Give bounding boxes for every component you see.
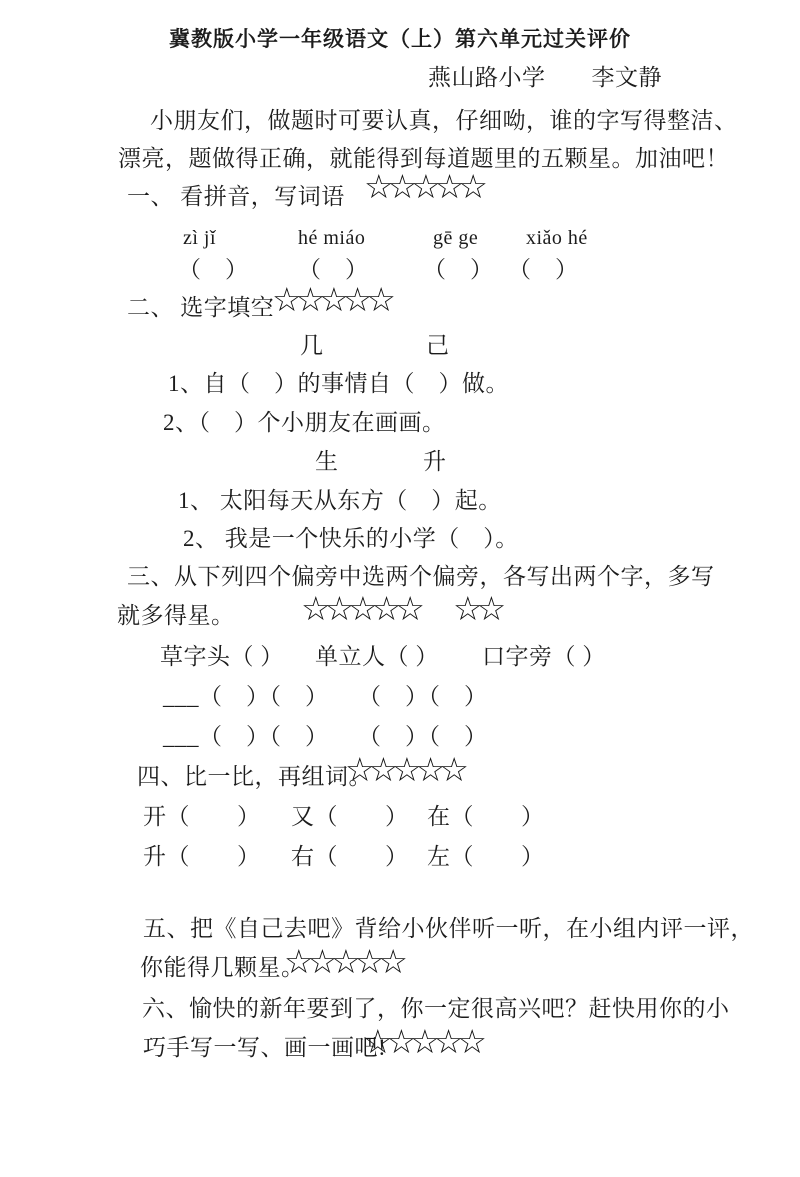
pinyin-word-3: gē ge bbox=[433, 223, 478, 253]
answer-blank-1: （ ） bbox=[178, 255, 249, 285]
pinyin-word-4: xiǎo hé bbox=[526, 223, 588, 253]
choice-char-sheng1: 生 bbox=[315, 447, 339, 477]
section2-stars: ☆☆☆☆☆ bbox=[272, 283, 390, 317]
choice-char-sheng2: 升 bbox=[423, 447, 447, 477]
pinyin-word-2: hé miáo bbox=[298, 223, 365, 253]
section3-stars-five: ☆☆☆☆☆ bbox=[301, 592, 419, 626]
section6-line2: 巧手写一写、画一画吧! bbox=[143, 1033, 386, 1063]
section4-heading: 四、比一比，再组词。 bbox=[137, 762, 372, 792]
section3-heading-line2: 就多得星。 bbox=[117, 601, 235, 631]
write-row1-left: ___（ ）（ ） bbox=[163, 682, 329, 712]
section2-question-1: 1、自（ ）的事情自（ ）做。 bbox=[168, 369, 509, 399]
compare-word-sheng: 升（ ） bbox=[143, 842, 261, 872]
radical-option-1: 草字头（ ） bbox=[160, 642, 284, 672]
section2-question-4: 2、 我是一个快乐的小学（ ）。 bbox=[183, 524, 519, 554]
section2-question-2: 2、（ ）个小朋友在画画。 bbox=[163, 408, 446, 438]
write-row2-right: （ ）（ ） bbox=[358, 722, 488, 752]
section2-question-3: 1、 太阳每天从东方（ ）起。 bbox=[178, 486, 502, 516]
answer-blank-4: （ ） bbox=[508, 255, 579, 285]
write-row2-left: ___（ ）（ ） bbox=[163, 722, 329, 752]
radical-option-3: 口字旁（ ） bbox=[482, 642, 606, 672]
school-name: 燕山路小学 bbox=[428, 63, 546, 93]
intro-line-1: 小朋友们，做题时可要认真，仔细呦，谁的字写得整洁、 bbox=[150, 106, 738, 136]
compare-word-kai: 开（ ） bbox=[143, 802, 261, 832]
author-name: 李文静 bbox=[592, 63, 663, 93]
byline: 燕山路小学 李文静 bbox=[428, 63, 662, 93]
section3-heading-line1: 三、从下列四个偏旁中选两个偏旁，各写出两个字，多写 bbox=[127, 562, 715, 592]
section5-line2: 你能得几颗星。 bbox=[140, 953, 305, 983]
section5-line1: 五、把《自己去吧》背给小伙伴听一听，在小组内评一评， bbox=[143, 914, 754, 944]
compare-word-you1: 又（ ） bbox=[291, 802, 409, 832]
section4-stars: ☆☆☆☆☆ bbox=[345, 753, 463, 787]
choice-char-ji2: 己 bbox=[426, 331, 450, 361]
section1-heading: 一、 看拼音，写词语 bbox=[127, 182, 345, 212]
write-row1-right: （ ）（ ） bbox=[358, 682, 488, 712]
compare-word-you2: 右（ ） bbox=[291, 842, 409, 872]
worksheet-page: 冀教版小学一年级语文（上）第六单元过关评价 燕山路小学 李文静 小朋友们，做题时… bbox=[0, 0, 800, 1177]
section1-stars: ☆☆☆☆☆ bbox=[364, 170, 482, 204]
compare-word-zai: 在（ ） bbox=[427, 802, 545, 832]
section5-stars: ☆☆☆☆☆ bbox=[284, 945, 402, 979]
answer-blank-3: （ ） bbox=[423, 255, 494, 285]
pinyin-word-1: zì jǐ bbox=[183, 223, 216, 253]
radical-option-2: 单立人（ ） bbox=[315, 642, 439, 672]
section6-stars: ☆☆☆☆☆ bbox=[363, 1025, 481, 1059]
section3-stars-two: ☆☆ bbox=[453, 592, 500, 626]
page-title: 冀教版小学一年级语文（上）第六单元过关评价 bbox=[0, 24, 800, 54]
section2-heading: 二、 选字填空 bbox=[127, 293, 274, 323]
section6-line1: 六、愉快的新年要到了，你一定很高兴吧？赶快用你的小 bbox=[142, 994, 730, 1024]
compare-word-zuo: 左（ ） bbox=[427, 842, 545, 872]
choice-char-ji1: 几 bbox=[300, 331, 324, 361]
